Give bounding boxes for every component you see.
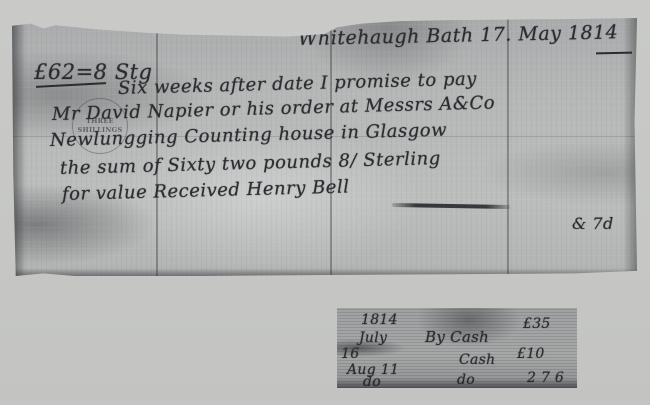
- fold-crease: [507, 18, 509, 276]
- note-body-line-5-with-signature: for value Received Henry Bell: [62, 176, 350, 205]
- receipt-slip: 1814 July 16 Aug 11 do By Cash £35 Cash …: [337, 308, 577, 388]
- slip-date-4: do: [363, 374, 381, 390]
- slip-date-1: July: [359, 330, 387, 346]
- slip-date-2: 16: [341, 346, 359, 362]
- slip-entry-1-label: By Cash: [425, 328, 489, 346]
- slip-year: 1814: [361, 312, 398, 328]
- promissory-note: THREE SHILLINGS Whitehaugh Bath 17. May …: [12, 18, 637, 276]
- slip-entry-2-amount: £10: [517, 346, 545, 362]
- slip-entry-2-label: Cash: [459, 352, 495, 368]
- slip-entry-3-label: do: [457, 372, 475, 388]
- fold-crease: [330, 18, 332, 276]
- slip-entry-1-amount: £35: [523, 316, 551, 332]
- note-body-line-4: the sum of Sixty two pounds 8/ Sterling: [60, 148, 441, 179]
- slip-entry-3-amount: 2 7 6: [527, 370, 564, 386]
- corner-annotation: & 7d: [572, 214, 614, 233]
- note-right-edge-shadow: [623, 18, 637, 276]
- signature-flourish: [392, 203, 510, 209]
